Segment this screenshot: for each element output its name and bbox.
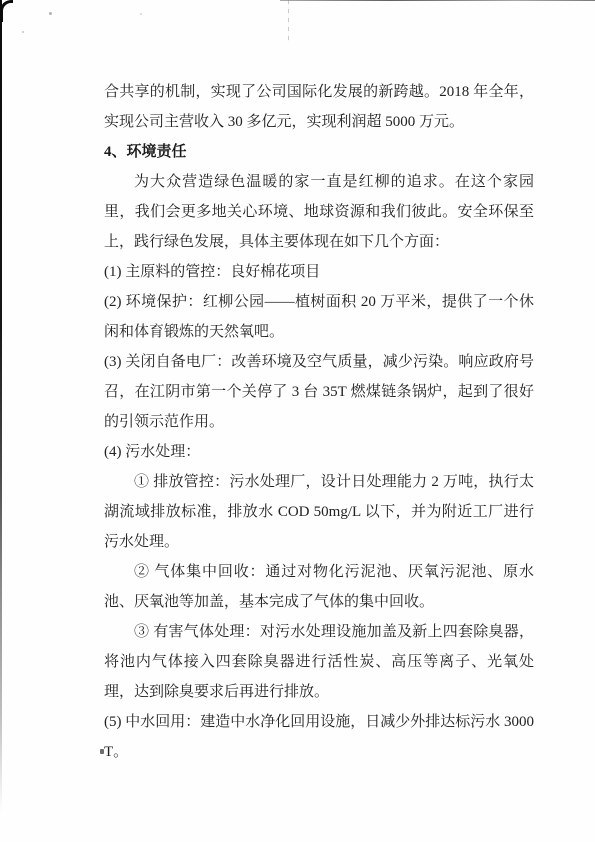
scan-speck <box>49 12 52 15</box>
text-block: 合共享的机制，实现了公司国际化发展的新跨越。2018 年全年，实现公司主营收入 … <box>104 77 534 767</box>
list-item-2-environment-protection: (2) 环境保护：红柳公园——植树面积 20 万平米，提供了一个休闲和体育锻炼的… <box>104 287 534 347</box>
scanned-document: { "colors": { "text": "#222222", "page_b… <box>0 0 595 842</box>
sub-item-2-gas-recovery: ② 气体集中回收：通过对物化污泥池、厌氧污泥池、原水池、厌氧池等加盖，基本完成了… <box>104 557 534 617</box>
list-item-4-sewage-treatment: (4) 污水处理： <box>104 437 534 467</box>
scan-speck <box>140 13 142 15</box>
sub-item-3-harmful-gas-treatment: ③ 有害气体处理：对污水处理设施加盖及新上四套除臭器，将池内气体接入四套除臭器进… <box>104 617 534 707</box>
scan-crease <box>288 0 289 42</box>
list-item-1-raw-materials: (1) 主原料的管控：良好棉花项目 <box>104 257 534 287</box>
sub-item-1-discharge-control: ① 排放管控：污水处理厂，设计日处理能力 2 万吨，执行太湖流域排放标准，排放水… <box>104 467 534 557</box>
list-item-5-water-reuse: (5) 中水回用：建造中水净化回用设施，日减少外排达标污水 3000T。 <box>104 707 534 767</box>
scan-edge-left <box>0 0 2 812</box>
document-page: 合共享的机制，实现了公司国际化发展的新跨越。2018 年全年，实现公司主营收入 … <box>0 0 595 842</box>
list-item-3-power-plant-shutdown: (3) 关闭自备电厂：改善环境及空气质量，减少污染。响应政府号召，在江阴市第一个… <box>104 347 534 437</box>
section-heading-environment: 4、环境责任 <box>104 137 534 167</box>
paragraph-intro: 为大众营造绿色温暖的家一直是红柳的追求。在这个家园里，我们会更多地关心环境、地球… <box>104 167 534 257</box>
scan-corner-top-left <box>0 0 13 22</box>
scan-edge-top <box>280 0 595 1</box>
paragraph-carryover: 合共享的机制，实现了公司国际化发展的新跨越。2018 年全年，实现公司主营收入 … <box>104 77 534 137</box>
scan-speck <box>22 31 24 33</box>
